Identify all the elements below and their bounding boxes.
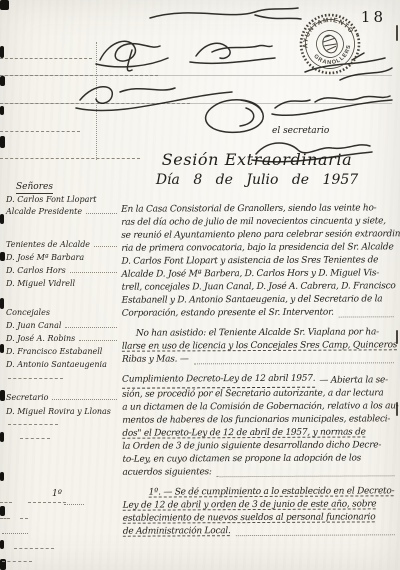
scan-edge-mark [0,432,4,442]
manuscript-line-text: de Administración Local. [123,525,231,539]
margin-entry-text: D. Francisco Estabanell [6,347,102,356]
margin-label-concejales: Concejales [6,308,119,317]
scan-edge-mark [0,472,4,481]
margin-label-secretario: Secretario [6,393,119,402]
margin-label-tenientes: Tenientes de Alcalde [6,240,119,249]
session-title: Sesión Extraordinaria [120,150,394,169]
margin-dash [8,378,63,379]
dotted-leader [194,362,394,364]
dotted-leader [236,534,395,536]
margin-entry-alcalde-nombre: D. Carlos Font Llopart [6,195,119,204]
margin-entry-text: D. Carlos Hors [6,266,66,275]
signature-estabanell [76,87,232,111]
scan-edge-mark [0,390,5,401]
section-heading: Cumplimiento Decreto-Ley de 12 abril 195… [122,373,315,389]
secretario-handwritten-label: el secretario [272,126,329,136]
margin-entry-text: Tenientes de Alcalde [6,240,90,249]
margin-dash [20,518,28,519]
margin-dash [28,502,66,503]
margin-dash [20,438,50,439]
scan-edge-mark [0,252,5,261]
margin-dash [2,561,32,562]
signature-canal [190,43,275,63]
manuscript-line: llarse en uso de licencia y los Concejal… [122,339,396,353]
manuscript-line: acuerdos siguientes: [123,465,397,479]
manuscript-line-text: — Abierta la se- [319,374,388,387]
manuscript-line: Corporación, estando presente el Sr. Int… [122,306,396,320]
margin-entry-text: Alcalde Presidente [6,207,82,216]
margin-entry-text: D. Juan Canal [6,321,61,330]
scan-edge-mark [0,506,5,516]
manuscript-line-text: acuerdos siguientes: [123,466,212,479]
scan-edge-mark [0,344,4,353]
margin-entry-barbara: D. José Mª Barbara [6,253,119,262]
scan-edge-mark [0,298,4,309]
signature-alcalde [96,41,168,71]
margin-dash [64,504,84,505]
dotted-leader [52,399,117,400]
manuscript-line: Ribas y Mas. — [122,352,396,366]
municipal-seal-stamp: AYUNTAMIENTO GRANOLLERS [296,10,364,78]
session-date: Día 8 de Julio de 1957 [120,172,394,188]
margin-entry-estabanell: D. Francisco Estabanell [6,347,119,356]
scan-edge-mark [0,214,4,224]
scan-edge-mark [0,540,4,549]
dotted-leader [70,272,117,273]
margin-senores-label: Señores [16,182,53,194]
margin-dash [2,533,28,534]
manuscript-body: En la Casa Consistorial de Granollers, s… [121,202,397,538]
margin-entry-text: D. José A. Robins [6,334,75,343]
dotted-leader [339,316,394,317]
margin-entry-text: D. Miguel Rovira y Llonas [6,407,111,416]
margin-entry-text: D. Antonio Santaeugenia [6,360,107,369]
dotted-leader [86,213,117,214]
margin-entry-alcalde-cargo: Alcalde Presidente [6,207,119,216]
margin-entry-text: Concejales [6,308,50,317]
dotted-leader [217,475,395,477]
margin-entry-rovira: D. Miguel Rovira y Llonas [6,407,119,416]
signature-flourish-top [150,8,301,19]
margin-item-number: 1º [52,489,62,499]
margin-dash [0,502,12,503]
margin-entry-text: Secretario [6,393,48,402]
margin-entry-hors: D. Carlos Hors [6,266,119,275]
session-header: Sesión Extraordinaria Día 8 de Julio de … [120,150,394,188]
margin-entry-vidrell: D. Miguel Vidrell [6,279,119,288]
signature-oval [206,100,264,133]
manuscript-line: establecimiento de nuevos sueldos al per… [123,511,397,525]
margin-entry-santaeugenia: D. Antonio Santaeugenia [6,360,119,369]
scanned-minutes-page: 18 [0,0,400,570]
manuscript-line-text: Corporación, estando presente el Sr. Int… [122,307,334,321]
margin-entry-text: D. Carlos Font Llopart [6,195,96,204]
signature-santaeugenia [272,96,392,115]
margin-entry-robins: D. José A. Robins [6,334,119,343]
dotted-leader [79,340,117,341]
margin-entry-text: D. José Mª Barbara [6,253,84,262]
margin-entry-canal: D. Juan Canal [6,321,119,330]
margin-dash [14,548,54,549]
manuscript-line: to-Ley, en cuyo dictamen se propone la a… [122,452,396,466]
seal-emblem [321,33,340,54]
margin-dash [8,424,58,425]
manuscript-line: Estabanell y D. Antonio Santaeugenia, y … [122,293,396,307]
dotted-leader [65,327,117,328]
margin-entry-text: D. Miguel Vidrell [6,279,75,288]
margin-dash [0,518,10,519]
dotted-leader [94,246,117,247]
manuscript-line-text: Ribas y Mas. — [122,353,189,366]
manuscript-line: de Administración Local. [123,524,397,538]
